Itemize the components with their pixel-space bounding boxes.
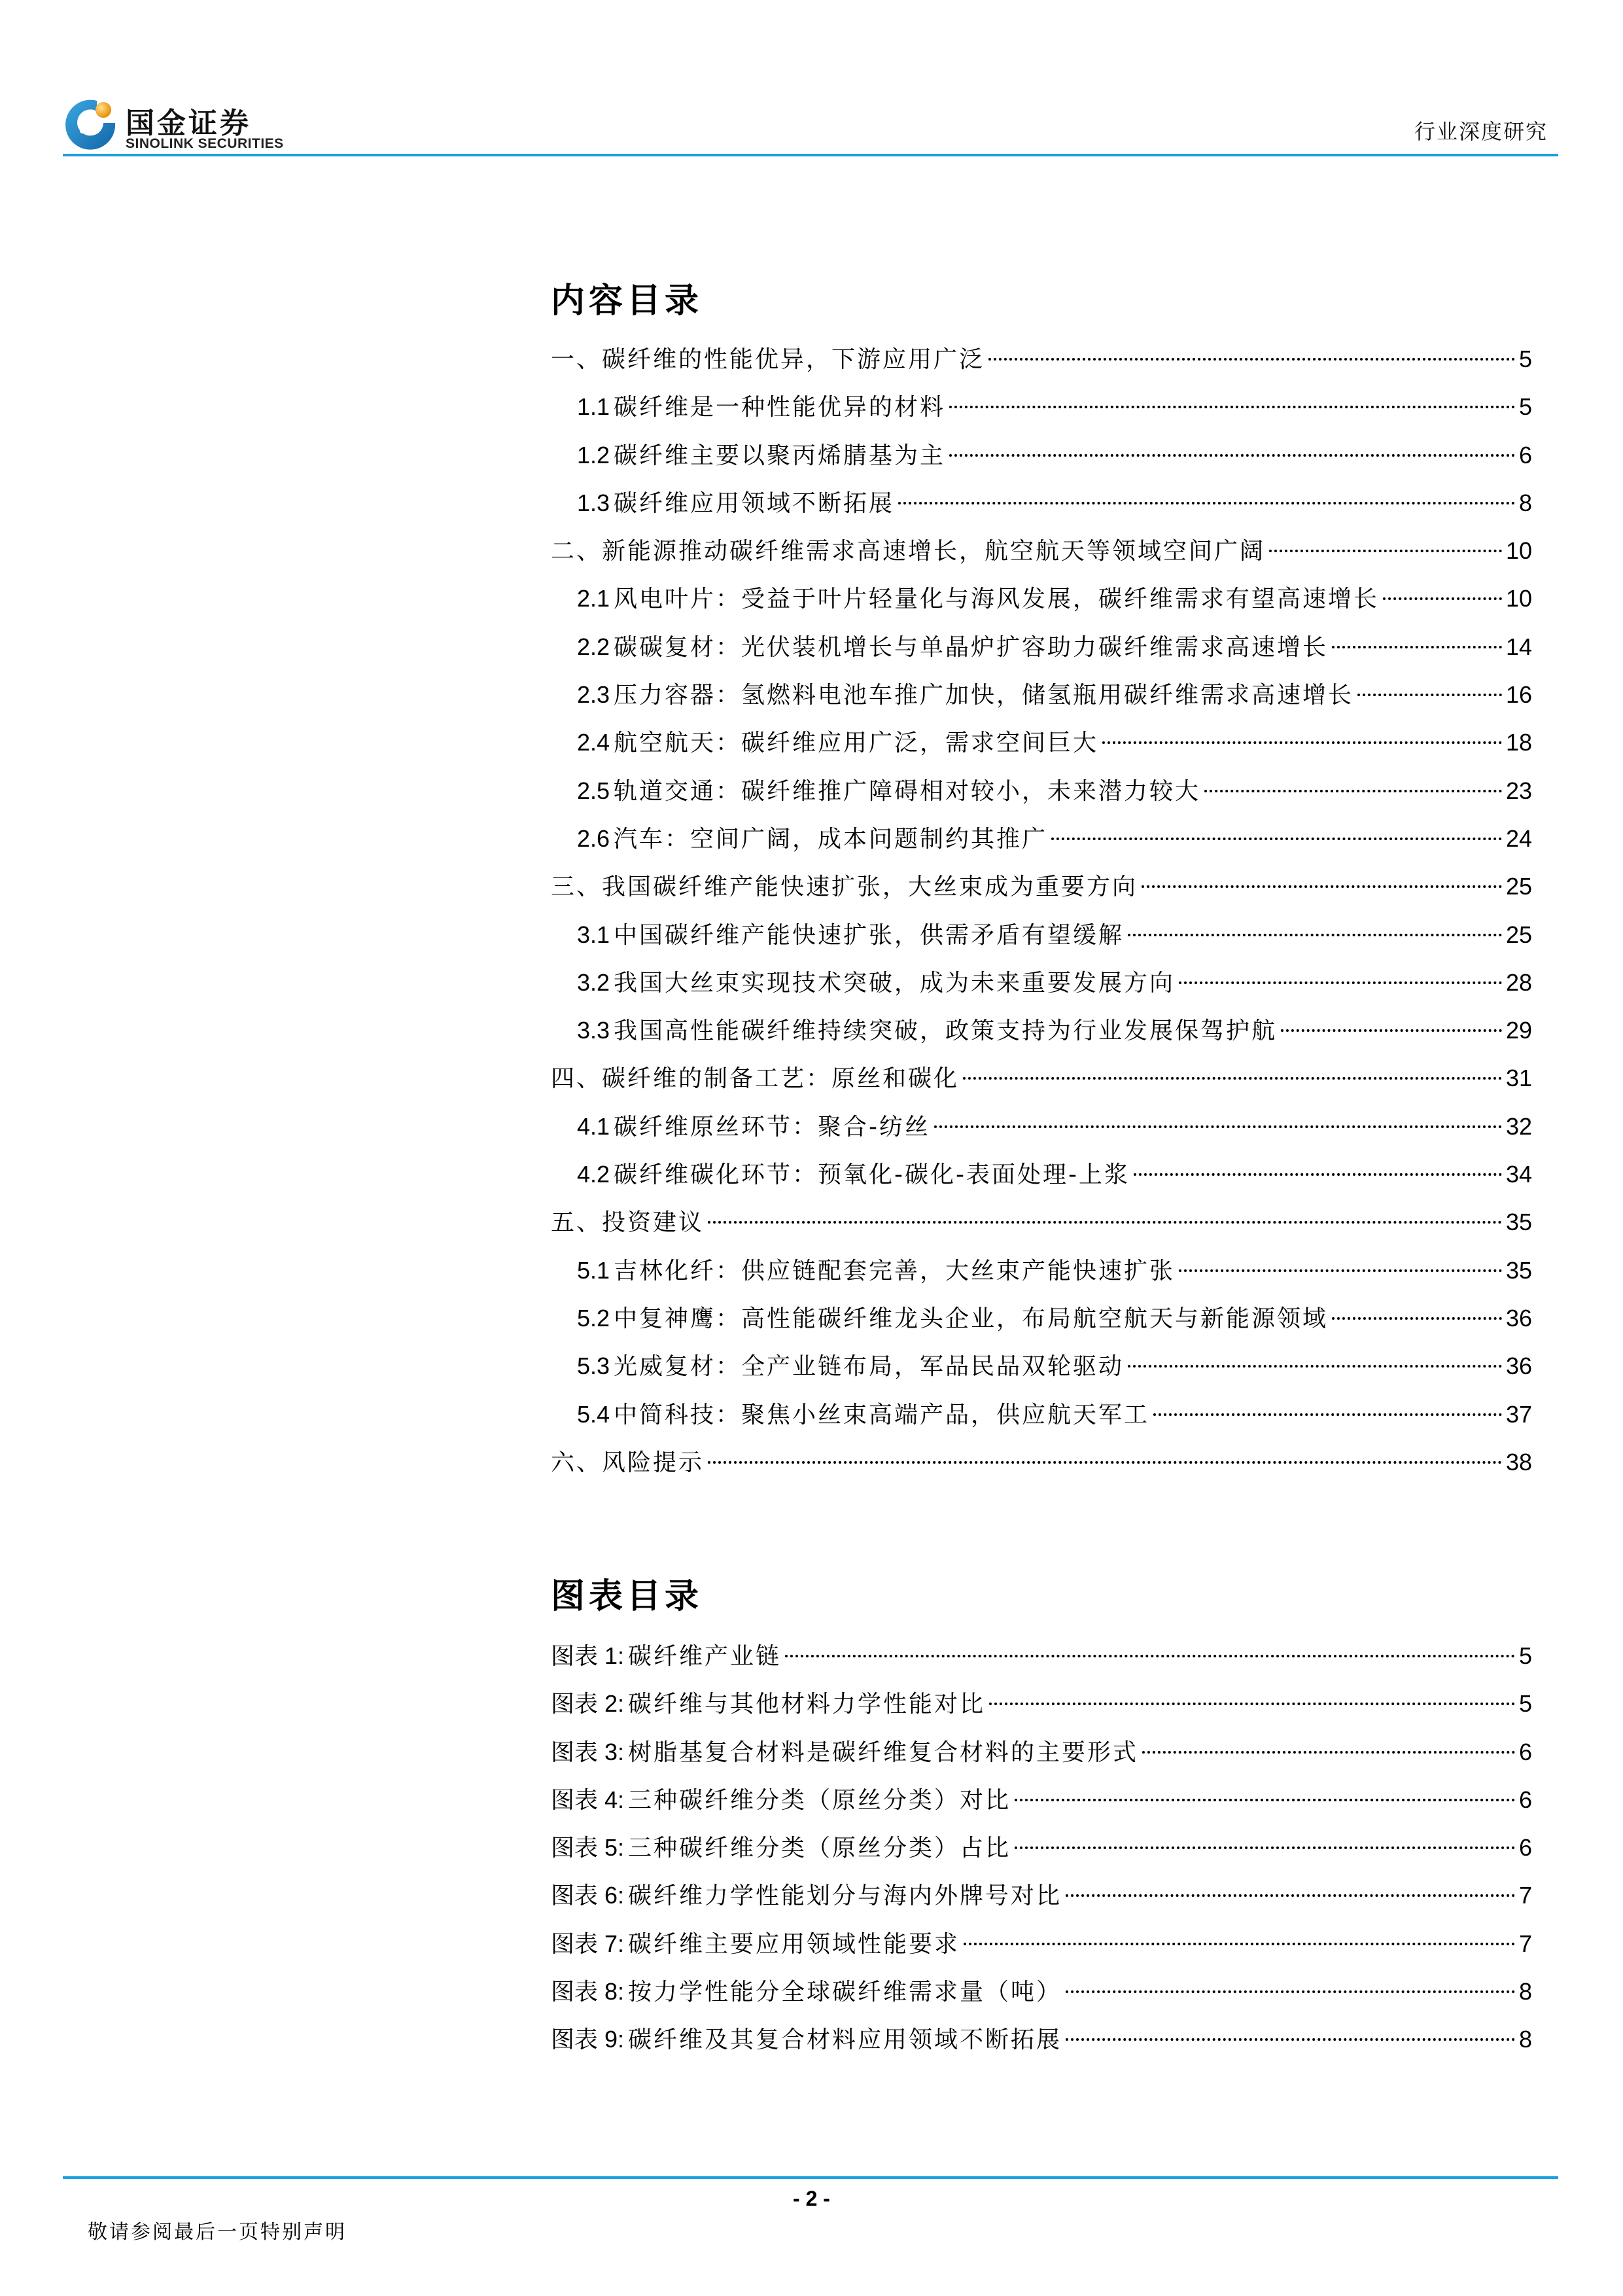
entry-page-number: 24 [1506,815,1532,862]
entry-page-number: 6 [1519,1776,1532,1824]
figures-title: 图表目录 [551,1574,1532,1619]
entry-label: 五、投资建议 [551,1199,704,1246]
entry-label: 碳纤维主要以聚丙烯腈基为主 [614,432,945,480]
dot-leader [1332,1317,1502,1320]
page-number: - 2 - [0,2187,1623,2211]
entry-label: 碳碳复材：光伏装机增长与单晶炉扩容助力碳纤维需求高速增长 [614,624,1328,671]
document-type: 行业深度研究 [1414,115,1548,145]
entry-number: 2.6 [577,815,610,862]
entry-page-number: 31 [1506,1054,1532,1102]
entry-page-number: 34 [1506,1150,1532,1198]
entry-label: 碳纤维及其复合材料应用领域不断拓展 [628,2016,1062,2064]
page-header: 国金证券 SINOLINK SECURITIES 行业深度研究 [63,85,1567,157]
figures-section: 图表目录 图表 1:碳纤维产业链5图表 2:碳纤维与其他材料力学性能对比5图表 … [551,1574,1532,2064]
entry-number: 1.3 [577,479,610,527]
entry-number: 5.1 [577,1246,610,1294]
figures-entry[interactable]: 图表 7:碳纤维主要应用领域性能要求7 [551,1920,1532,1968]
entry-label: 汽车：空间广阔，成本问题制约其推广 [614,815,1047,863]
contents-entry[interactable]: 四、碳纤维的制备工艺：原丝和碳化31 [551,1054,1532,1102]
entry-page-number: 5 [1519,1680,1532,1727]
dot-leader [1134,1173,1502,1176]
dot-leader [949,406,1515,408]
entry-label: 碳纤维碳化环节：预氧化-碳化-表面处理-上浆 [614,1151,1130,1199]
dot-leader [1051,838,1502,840]
contents-entry[interactable]: 2.6汽车：空间广阔，成本问题制约其推广24 [551,815,1532,862]
contents-entry[interactable]: 5.2中复神鹰：高性能碳纤维龙头企业，布局航空航天与新能源领域36 [551,1294,1532,1342]
dot-leader [1128,934,1502,936]
dot-leader [1332,646,1502,648]
entry-page-number: 10 [1506,574,1532,622]
dot-leader [964,1943,1515,1945]
figures-entry[interactable]: 图表 2:碳纤维与其他材料力学性能对比5 [551,1680,1532,1727]
contents-entry[interactable]: 一、碳纤维的性能优异，下游应用广泛5 [551,335,1532,383]
entry-number: 4.1 [577,1103,610,1150]
entry-page-number: 6 [1519,1824,1532,1871]
entry-number: 5.4 [577,1390,610,1438]
entry-label: 风电叶片：受益于叶片轻量化与海风发展，碳纤维需求有望高速增长 [614,575,1379,623]
dot-leader [1269,550,1502,552]
entry-page-number: 38 [1506,1438,1532,1486]
contents-entry[interactable]: 2.4航空航天：碳纤维应用广泛，需求空间巨大18 [551,718,1532,766]
entry-number: 2.4 [577,718,610,766]
entry-page-number: 37 [1506,1390,1532,1438]
dot-leader [1066,1990,1515,1993]
entry-page-number: 18 [1506,718,1532,766]
entry-number: 3.2 [577,959,610,1006]
contents-entry[interactable]: 五、投资建议35 [551,1198,1532,1246]
contents-entry[interactable]: 3.2我国大丝束实现技术突破，成为未来重要发展方向28 [551,959,1532,1006]
entry-number: 图表 5: [551,1824,624,1871]
entry-label: 轨道交通：碳纤维推广障碍相对较小，未来潜力较大 [614,768,1200,815]
header-divider [63,154,1558,156]
entry-number: 4.2 [577,1150,610,1198]
dot-leader [934,1125,1502,1128]
entry-label: 碳纤维主要应用领域性能要求 [628,1920,960,1968]
entry-page-number: 35 [1506,1198,1532,1246]
contents-entry[interactable]: 六、风险提示38 [551,1438,1532,1486]
contents-entry[interactable]: 5.3光威复材：全产业链布局，军品民品双轮驱动36 [551,1342,1532,1390]
dot-leader [1142,885,1502,888]
entry-number: 2.2 [577,623,610,671]
sinolink-logo-icon [63,97,118,152]
entry-label: 光威复材：全产业链布局，军品民品双轮驱动 [614,1343,1124,1390]
entry-page-number: 5 [1519,1632,1532,1680]
contents-entry[interactable]: 2.1风电叶片：受益于叶片轻量化与海风发展，碳纤维需求有望高速增长10 [551,574,1532,622]
dot-leader [708,1221,1502,1224]
dot-leader [1179,1269,1502,1272]
disclaimer-note: 敬请参阅最后一页特别声明 [88,2216,347,2244]
entry-number: 1.2 [577,431,610,479]
entry-label: 中简科技：聚焦小丝束高端产品，供应航天军工 [614,1391,1149,1439]
dot-leader [963,1077,1502,1080]
entry-label: 压力容器：氢燃料电池车推广加快，储氢瓶用碳纤维需求高速增长 [614,671,1353,719]
dot-leader [1102,741,1502,744]
figures-list: 图表 1:碳纤维产业链5图表 2:碳纤维与其他材料力学性能对比5图表 3:树脂基… [551,1632,1532,2064]
company-name-en: SINOLINK SECURITIES [126,136,284,152]
entry-number: 2.3 [577,671,610,718]
dot-leader [1357,694,1502,696]
contents-entry[interactable]: 4.2碳纤维碳化环节：预氧化-碳化-表面处理-上浆34 [551,1150,1532,1198]
dot-leader [898,502,1515,504]
contents-title: 内容目录 [551,278,1532,324]
entry-number: 图表 4: [551,1776,624,1824]
dot-leader [708,1461,1502,1464]
dot-leader [989,1703,1515,1705]
entry-label: 碳纤维产业链 [628,1633,781,1680]
contents-entry[interactable]: 5.4中简科技：聚焦小丝束高端产品，供应航天军工37 [551,1390,1532,1438]
entry-page-number: 7 [1519,1920,1532,1968]
entry-number: 2.5 [577,767,610,815]
entry-page-number: 25 [1506,911,1532,959]
figures-entry[interactable]: 图表 8:按力学性能分全球碳纤维需求量（吨）8 [551,1968,1532,2015]
entry-page-number: 5 [1519,383,1532,431]
dot-leader [1153,1413,1502,1416]
dot-leader [949,454,1515,457]
contents-entry[interactable]: 三、我国碳纤维产能快速扩张，大丝束成为重要方向25 [551,862,1532,910]
entry-page-number: 35 [1506,1246,1532,1294]
entry-page-number: 32 [1506,1103,1532,1150]
entry-number: 图表 7: [551,1920,624,1968]
dot-leader [1066,1894,1515,1897]
entry-number: 图表 3: [551,1728,624,1776]
dot-leader [1383,597,1502,600]
entry-number: 5.2 [577,1294,610,1342]
contents-entry[interactable]: 2.5轨道交通：碳纤维推广障碍相对较小，未来潜力较大23 [551,767,1532,815]
entry-page-number: 14 [1506,623,1532,671]
figures-entry[interactable]: 图表 9:碳纤维及其复合材料应用领域不断拓展8 [551,2015,1532,2063]
entry-page-number: 7 [1519,1871,1532,1919]
entry-label: 二、新能源推动碳纤维需求高速增长，航空航天等领域空间广阔 [551,527,1265,575]
contents-list: 一、碳纤维的性能优异，下游应用广泛51.1碳纤维是一种性能优异的材料51.2碳纤… [551,335,1532,1486]
company-name-cn: 国金证券 [126,99,251,141]
contents-entry[interactable]: 5.1吉林化纤：供应链配套完善，大丝束产能快速扩张35 [551,1246,1532,1294]
entry-number: 2.1 [577,574,610,622]
entry-page-number: 36 [1506,1294,1532,1342]
entry-label: 碳纤维原丝环节：聚合-纺丝 [614,1103,930,1151]
entry-page-number: 10 [1506,527,1532,574]
contents-entry[interactable]: 2.3压力容器：氢燃料电池车推广加快，储氢瓶用碳纤维需求高速增长16 [551,671,1532,718]
dot-leader [1179,981,1502,984]
dot-leader [1204,790,1502,792]
entry-label: 吉林化纤：供应链配套完善，大丝束产能快速扩张 [614,1247,1175,1295]
entry-number: 图表 2: [551,1680,624,1727]
entry-page-number: 23 [1506,767,1532,815]
entry-page-number: 6 [1519,431,1532,479]
footer-divider [63,2176,1558,2179]
entry-label: 碳纤维力学性能划分与海内外牌号对比 [628,1872,1062,1920]
contents-entry[interactable]: 1.1碳纤维是一种性能优异的材料5 [551,383,1532,431]
entry-label: 中复神鹰：高性能碳纤维龙头企业，布局航空航天与新能源领域 [614,1295,1328,1343]
entry-number: 图表 6: [551,1871,624,1919]
entry-page-number: 16 [1506,671,1532,718]
figures-entry[interactable]: 图表 6:碳纤维力学性能划分与海内外牌号对比7 [551,1871,1532,1919]
entry-number: 3.1 [577,911,610,959]
entry-label: 一、碳纤维的性能优异，下游应用广泛 [551,336,985,383]
contents-entry[interactable]: 4.1碳纤维原丝环节：聚合-纺丝32 [551,1103,1532,1150]
contents-entry[interactable]: 二、新能源推动碳纤维需求高速增长，航空航天等领域空间广阔10 [551,527,1532,574]
entry-page-number: 6 [1519,1728,1532,1776]
entry-number: 图表 8: [551,1968,624,2015]
contents-entry[interactable]: 1.2碳纤维主要以聚丙烯腈基为主6 [551,431,1532,479]
dot-leader [1128,1365,1502,1368]
entry-number: 3.3 [577,1006,610,1054]
contents-section: 内容目录 一、碳纤维的性能优异，下游应用广泛51.1碳纤维是一种性能优异的材料5… [551,278,1532,1486]
dot-leader [1066,2038,1515,2041]
figures-entry[interactable]: 图表 4:三种碳纤维分类（原丝分类）对比6 [551,1776,1532,1824]
contents-entry[interactable]: 2.2碳碳复材：光伏装机增长与单晶炉扩容助力碳纤维需求高速增长14 [551,623,1532,671]
figures-entry[interactable]: 图表 3:树脂基复合材料是碳纤维复合材料的主要形式6 [551,1728,1532,1776]
contents-entry[interactable]: 3.1中国碳纤维产能快速扩张，供需矛盾有望缓解25 [551,911,1532,959]
dot-leader [988,358,1515,361]
entry-number: 5.3 [577,1342,610,1390]
dot-leader [1015,1799,1515,1801]
entry-label: 六、风险提示 [551,1439,704,1487]
entry-label: 我国大丝束实现技术突破，成为未来重要发展方向 [614,959,1175,1007]
dot-leader [1015,1846,1515,1849]
entry-label: 树脂基复合材料是碳纤维复合材料的主要形式 [628,1729,1138,1776]
entry-page-number: 5 [1519,335,1532,383]
figures-entry[interactable]: 图表 5:三种碳纤维分类（原丝分类）占比6 [551,1824,1532,1871]
entry-page-number: 8 [1519,2015,1532,2063]
entry-label: 三、我国碳纤维产能快速扩张，大丝束成为重要方向 [551,863,1138,911]
entry-number: 图表 1: [551,1632,624,1680]
entry-page-number: 8 [1519,479,1532,527]
entry-label: 航空航天：碳纤维应用广泛，需求空间巨大 [614,719,1098,767]
entry-number: 1.1 [577,383,610,431]
contents-entry[interactable]: 1.3碳纤维应用领域不断拓展8 [551,479,1532,527]
entry-label: 中国碳纤维产能快速扩张，供需矛盾有望缓解 [614,911,1124,959]
entry-label: 碳纤维应用领域不断拓展 [614,480,894,527]
entry-label: 四、碳纤维的制备工艺：原丝和碳化 [551,1055,959,1103]
dot-leader [1281,1029,1502,1032]
contents-entry[interactable]: 3.3我国高性能碳纤维持续突破，政策支持为行业发展保驾护航29 [551,1006,1532,1054]
entry-label: 碳纤维是一种性能优异的材料 [614,383,945,431]
entry-page-number: 29 [1506,1006,1532,1054]
entry-page-number: 25 [1506,862,1532,910]
entry-page-number: 8 [1519,1968,1532,2015]
dot-leader [1142,1751,1515,1754]
entry-label: 三种碳纤维分类（原丝分类）对比 [628,1776,1011,1824]
entry-page-number: 28 [1506,959,1532,1006]
figures-entry[interactable]: 图表 1:碳纤维产业链5 [551,1632,1532,1680]
entry-page-number: 36 [1506,1342,1532,1390]
entry-label: 按力学性能分全球碳纤维需求量（吨） [628,1968,1062,2016]
entry-label: 碳纤维与其他材料力学性能对比 [628,1680,985,1728]
entry-label: 三种碳纤维分类（原丝分类）占比 [628,1824,1011,1872]
entry-number: 图表 9: [551,2015,624,2063]
dot-leader [785,1655,1515,1657]
entry-label: 我国高性能碳纤维持续突破，政策支持为行业发展保驾护航 [614,1007,1277,1055]
